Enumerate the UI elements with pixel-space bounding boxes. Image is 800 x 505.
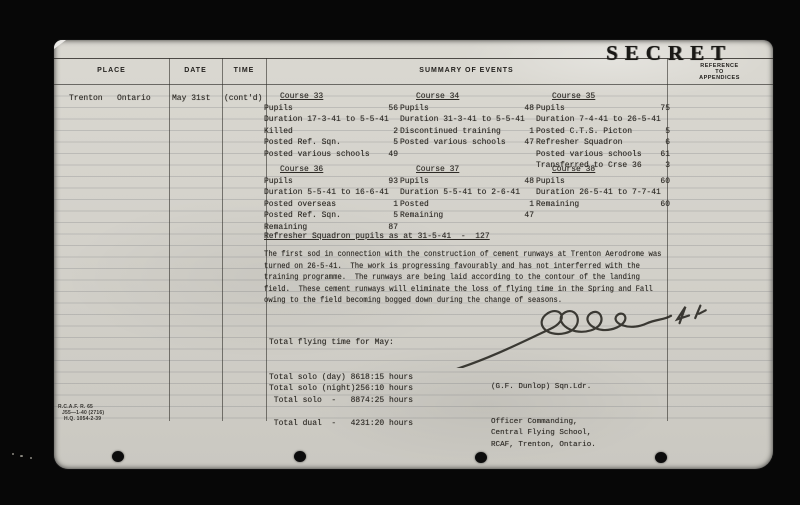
- dust-speck: [20, 455, 23, 457]
- course-row: Posted1: [400, 199, 534, 211]
- course-row: Duration 17-3-41 to 5-5-41: [264, 114, 398, 126]
- course-row-value: 6: [665, 137, 670, 149]
- totals-line: Total dual - 4231:20 hours: [269, 418, 413, 430]
- course-row-value: 48: [524, 103, 534, 115]
- course-row: Posted overseas1: [264, 199, 398, 211]
- totals-line: [269, 406, 413, 418]
- course-row-value: 60: [660, 199, 670, 211]
- totals-line: Total solo (night)256:10 hours: [269, 383, 413, 395]
- course-row: Posted various schools49: [264, 149, 398, 161]
- course-row-label: Duration 5-5-41 to 2-6-41: [400, 187, 520, 199]
- course-row: Duration 5-5-41 to 16-6-41: [264, 187, 398, 199]
- handwritten-signature: [452, 298, 717, 368]
- course-row-value: [393, 114, 398, 126]
- course-title: Course 38: [552, 164, 670, 176]
- course-row: Duration 7-4-41 to 26-5-41: [536, 114, 670, 126]
- course-block: Course 35Pupils75Duration 7-4-41 to 26-5…: [536, 91, 670, 172]
- course-row-label: Refresher Squadron: [536, 137, 622, 149]
- course-row-value: [529, 187, 534, 199]
- course-row-value: 93: [388, 176, 398, 188]
- course-row-label: Posted overseas: [264, 199, 336, 211]
- course-row: Posted C.T.S. Picton5: [536, 126, 670, 138]
- course-row-label: Duration 5-5-41 to 16-6-41: [264, 187, 389, 199]
- course-block: Course 33Pupils56Duration 17-3-41 to 5-5…: [264, 91, 398, 160]
- diary-form-page: SECRET PLACE DATE TIME SUMMARY OF EVENTS…: [54, 40, 773, 469]
- course-row-label: Pupils: [400, 176, 429, 188]
- course-title: Course 35: [552, 91, 670, 103]
- course-row-value: 60: [660, 176, 670, 188]
- dust-speck: [30, 457, 32, 459]
- course-title: Course 37: [416, 164, 534, 176]
- form-footer-line: H.Q. 1054-2-39: [64, 416, 104, 422]
- course-block: Course 34Pupils48Duration 31-3-41 to 5-5…: [400, 91, 534, 149]
- course-row-value: 61: [660, 149, 670, 161]
- course-row: Pupils60: [536, 176, 670, 188]
- course-row-value: 56: [388, 103, 398, 115]
- signature-typed-line: Officer Commanding,: [491, 417, 596, 429]
- course-row-value: 48: [524, 176, 534, 188]
- signature-typed-line: Central Flying School,: [491, 428, 596, 440]
- course-row-label: Duration 26-5-41 to 7-7-41: [536, 187, 661, 199]
- course-row: Remaining60: [536, 199, 670, 211]
- course-row-value: 5: [393, 137, 398, 149]
- course-row: Duration 26-5-41 to 7-7-41: [536, 187, 670, 199]
- course-block: Course 37Pupils48Duration 5-5-41 to 2-6-…: [400, 164, 534, 222]
- course-block: Course 38Pupils60Duration 26-5-41 to 7-7…: [536, 164, 670, 210]
- course-row-label: Posted various schools: [536, 149, 642, 161]
- course-row-value: 2: [393, 126, 398, 138]
- course-row-value: 1: [529, 126, 534, 138]
- punch-hole: [475, 452, 487, 463]
- course-row-value: 5: [393, 210, 398, 222]
- course-title: Course 36: [280, 164, 398, 176]
- paragraph-line: training programme. The runways are bein…: [264, 272, 662, 284]
- course-row-label: Duration 7-4-41 to 26-5-41: [536, 114, 661, 126]
- course-row: Posted various schools47: [400, 137, 534, 149]
- course-row-label: Posted Ref. Sqn.: [264, 137, 341, 149]
- course-row: Duration 5-5-41 to 2-6-41: [400, 187, 534, 199]
- paragraph-line: The first sod in connection with the con…: [264, 249, 662, 261]
- course-row: Pupils93: [264, 176, 398, 188]
- course-row-label: Pupils: [536, 176, 565, 188]
- course-row: Discontinued training1: [400, 126, 534, 138]
- course-row-label: Killed: [264, 126, 293, 138]
- course-row-label: Posted: [400, 199, 429, 211]
- course-row-value: [529, 114, 534, 126]
- course-row-label: Discontinued training: [400, 126, 501, 138]
- scanned-war-diary-page: { "stamp": { "label": "SECRET" }, "table…: [0, 0, 800, 505]
- course-title: Course 33: [280, 91, 398, 103]
- course-row-value: 5: [665, 126, 670, 138]
- course-row-label: Duration 17-3-41 to 5-5-41: [264, 114, 389, 126]
- course-row-value: 47: [524, 137, 534, 149]
- course-row: Duration 31-3-41 to 5-5-41: [400, 114, 534, 126]
- course-row: Posted Ref. Sqn.5: [264, 137, 398, 149]
- course-row-value: [665, 187, 670, 199]
- punch-hole: [294, 451, 306, 462]
- punch-hole: [112, 451, 124, 462]
- course-row-value: [393, 187, 398, 199]
- course-row: Posted Ref. Sqn.5: [264, 210, 398, 222]
- course-row: Remaining47: [400, 210, 534, 222]
- course-row: Refresher Squadron6: [536, 137, 670, 149]
- course-row-label: Posted C.T.S. Picton: [536, 126, 632, 138]
- dust-speck: [12, 453, 14, 455]
- course-row-value: 47: [524, 210, 534, 222]
- signature-typed-line: RCAF, Trenton, Ontario.: [491, 440, 596, 452]
- totals-block: Total flying time for May: Total solo (d…: [269, 314, 413, 452]
- signature-typed-lines: Officer Commanding,Central Flying School…: [491, 417, 596, 452]
- course-row-label: Pupils: [264, 103, 293, 115]
- totals-line: Total solo - 8874:25 hours: [269, 395, 413, 407]
- course-row-label: Pupils: [400, 103, 429, 115]
- course-row: Pupils56: [264, 103, 398, 115]
- totals-heading: Total flying time for May:: [269, 337, 413, 349]
- course-row-label: Remaining: [400, 210, 443, 222]
- course-row-value: 49: [388, 149, 398, 161]
- course-row-value: [665, 114, 670, 126]
- form-footer: R.C.A.F. R. 65J55—1-40 (2716)H.Q. 1054-2…: [58, 404, 104, 422]
- signature-name-line: (G.F. Dunlop) Sqn.Ldr.: [491, 382, 596, 394]
- course-row-label: Posted various schools: [400, 137, 506, 149]
- signature-typed-block: (G.F. Dunlop) Sqn.Ldr. Officer Commandin…: [491, 359, 596, 474]
- course-row-label: Remaining: [536, 199, 579, 211]
- course-title: Course 34: [416, 91, 534, 103]
- course-block: Course 36Pupils93Duration 5-5-41 to 16-6…: [264, 164, 398, 233]
- course-row: Posted various schools61: [536, 149, 670, 161]
- totals-lines: Total solo (day) 8618:15 hoursTotal solo…: [269, 372, 413, 430]
- course-row-label: Duration 31-3-41 to 5-5-41: [400, 114, 525, 126]
- refresher-note: Refresher Squadron pupils as at 31-5-41 …: [264, 231, 490, 243]
- course-row-label: Posted Ref. Sqn.: [264, 210, 341, 222]
- paragraph-line: turned on 26-5-41. The work is progressi…: [264, 261, 662, 273]
- course-row-value: 1: [393, 199, 398, 211]
- course-row-label: Pupils: [536, 103, 565, 115]
- course-row-value: 1: [529, 199, 534, 211]
- punch-hole: [655, 452, 667, 463]
- paragraph-line: field. These cement runways will elimina…: [264, 284, 662, 296]
- totals-line: Total solo (day) 8618:15 hours: [269, 372, 413, 384]
- course-row: Pupils75: [536, 103, 670, 115]
- course-row-value: 75: [660, 103, 670, 115]
- course-row-label: Posted various schools: [264, 149, 370, 161]
- course-row: Pupils48: [400, 103, 534, 115]
- course-row-label: Pupils: [264, 176, 293, 188]
- course-row: Killed2: [264, 126, 398, 138]
- course-row: Pupils48: [400, 176, 534, 188]
